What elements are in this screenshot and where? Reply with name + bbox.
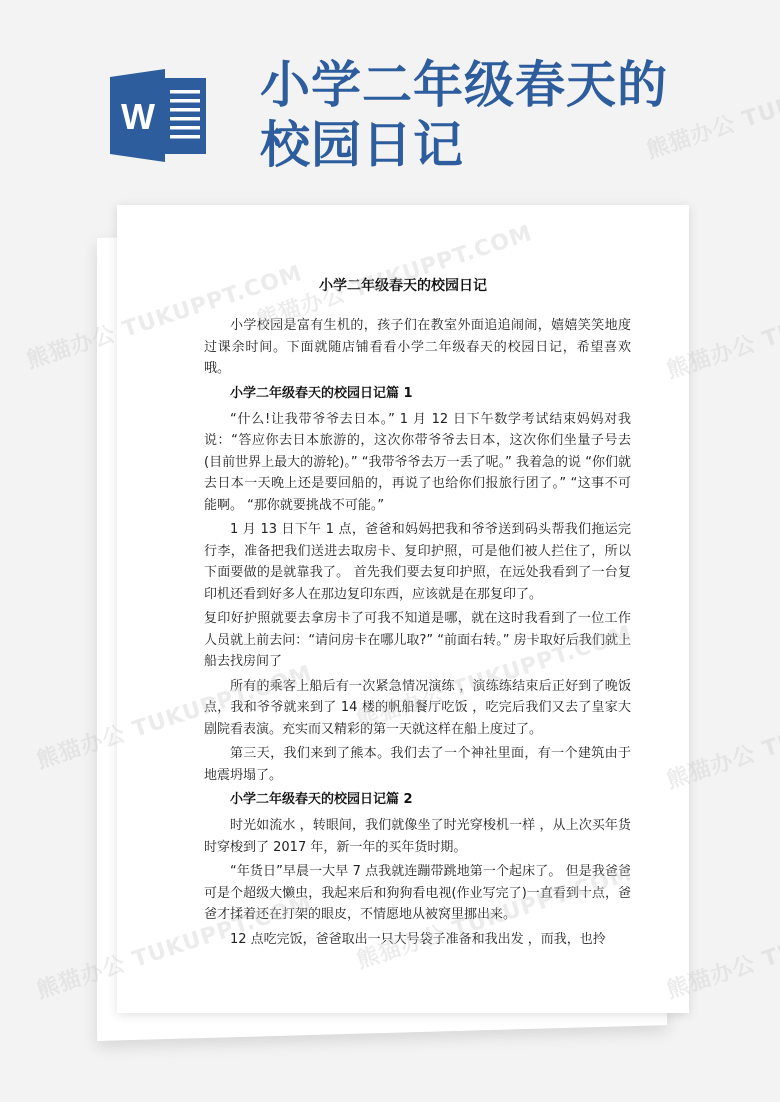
section1-paragraph: 第三天，我们来到了熊本。我们去了一个神社里面，有一个建筑由于地震坍塌了。	[204, 743, 631, 786]
section-heading-1: 小学二年级春天的校园日记篇 1	[204, 383, 631, 405]
header-banner: W 小学二年级春天的 校园日记	[0, 0, 780, 200]
section1-paragraph: 复印好护照就要去拿房卡了可我不知道是哪，就在这时我看到了一位工作人员就上前去问：…	[204, 608, 631, 673]
section2-paragraph: “年货日”早晨一大早 7 点我就连蹦带跳地第一个起床了。 但是我爸爸可是个超级大…	[204, 861, 631, 926]
document-page: 小学二年级春天的校园日记 小学校园是富有生机的，孩子们在教室外面追追闹闹，嬉嬉笑…	[117, 205, 689, 1013]
section2-paragraph: 12 点吃完饭，爸爸取出一只大号袋子准备和我出发 ，而我，也拎	[204, 929, 631, 951]
document-title: 小学二年级春天的校园日记	[117, 275, 689, 295]
section-heading-2: 小学二年级春天的校园日记篇 2	[204, 789, 631, 811]
hero-title: 小学二年级春天的 校园日记	[260, 55, 668, 175]
hero-title-line1: 小学二年级春天的	[260, 55, 668, 115]
section1-paragraph: 1 月 13 日下午 1 点，爸爸和妈妈把我和爷爷送到码头帮我们拖运完行李，准备…	[204, 519, 631, 605]
word-icon-letter: W	[121, 96, 155, 137]
hero-title-line2: 校园日记	[260, 115, 668, 175]
intro-paragraph: 小学校园是富有生机的，孩子们在教室外面追追闹闹，嬉嬉笑笑地度过课余时间。下面就随…	[204, 315, 631, 380]
section1-paragraph: 所有的乘客上船后有一次紧急情况演练 ，演练练结束后正好到了晚饭点，我和爷爷就来到…	[204, 676, 631, 741]
document-body: 小学校园是富有生机的，孩子们在教室外面追追闹闹，嬉嬉笑笑地度过课余时间。下面就随…	[204, 315, 631, 953]
section2-paragraph: 时光如流水 ，转眼间，我们就像坐了时光穿梭机一样 ，从上次买年货时穿梭到了 20…	[204, 815, 631, 858]
word-document-icon: W	[108, 68, 208, 163]
section1-paragraph: “什么!让我带爷爷去日本。” 1 月 12 日下午数学考试结束妈妈对我说：“答应…	[204, 409, 631, 517]
